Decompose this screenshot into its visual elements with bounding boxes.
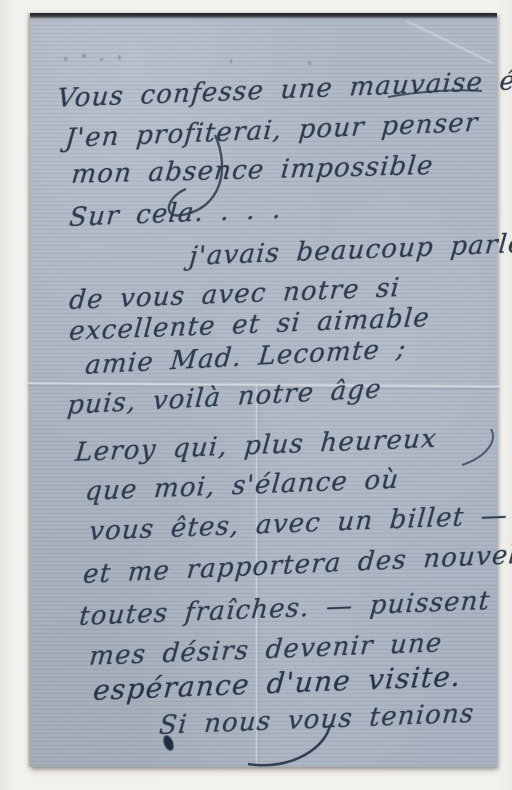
pen-flourish <box>462 429 493 465</box>
letter-scan: Vous confesse une mauvaise écriture — J'… <box>0 0 512 790</box>
